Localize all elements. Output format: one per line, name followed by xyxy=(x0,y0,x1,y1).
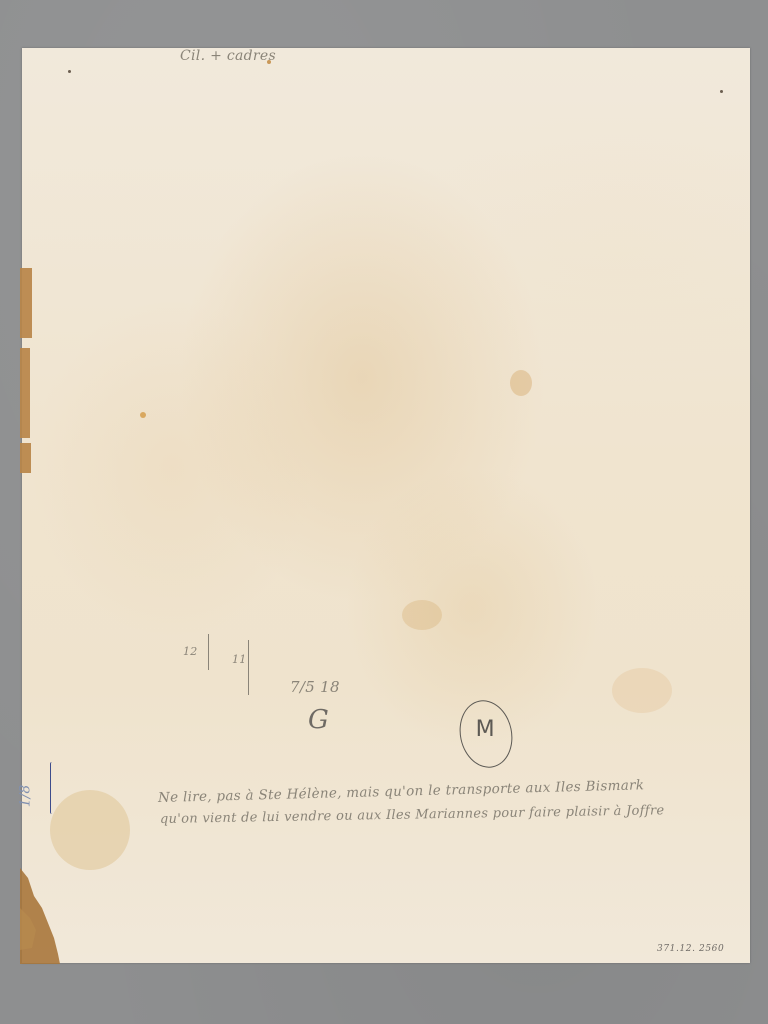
date-note: 7/5 18 xyxy=(290,678,340,696)
tape-remnant xyxy=(20,348,30,438)
tally-right: 11 xyxy=(232,653,247,666)
tape-remnant xyxy=(20,443,31,473)
foxing-spot xyxy=(68,70,71,73)
tally-line xyxy=(208,634,209,670)
tally-line xyxy=(248,640,249,695)
paper-sheet xyxy=(22,48,750,963)
foxing-spot xyxy=(510,370,532,396)
initials-signature: G xyxy=(308,705,329,735)
tape-remnant xyxy=(20,268,32,338)
inventory-number: 371.12. 2560 xyxy=(657,944,724,954)
foxing-spot xyxy=(720,90,723,93)
circled-letter-text: M xyxy=(460,717,510,742)
foxing-spot xyxy=(612,668,672,713)
foxing-spot xyxy=(140,412,146,418)
stain-round xyxy=(50,790,130,870)
stain-bottom-left xyxy=(20,868,80,964)
foxing-spot xyxy=(402,600,442,630)
blue-pencil-mark xyxy=(50,762,54,814)
side-number: 1/8 xyxy=(17,785,33,808)
tally-left: 12 xyxy=(183,645,198,658)
top-note: Cil. + cadres xyxy=(180,48,276,64)
